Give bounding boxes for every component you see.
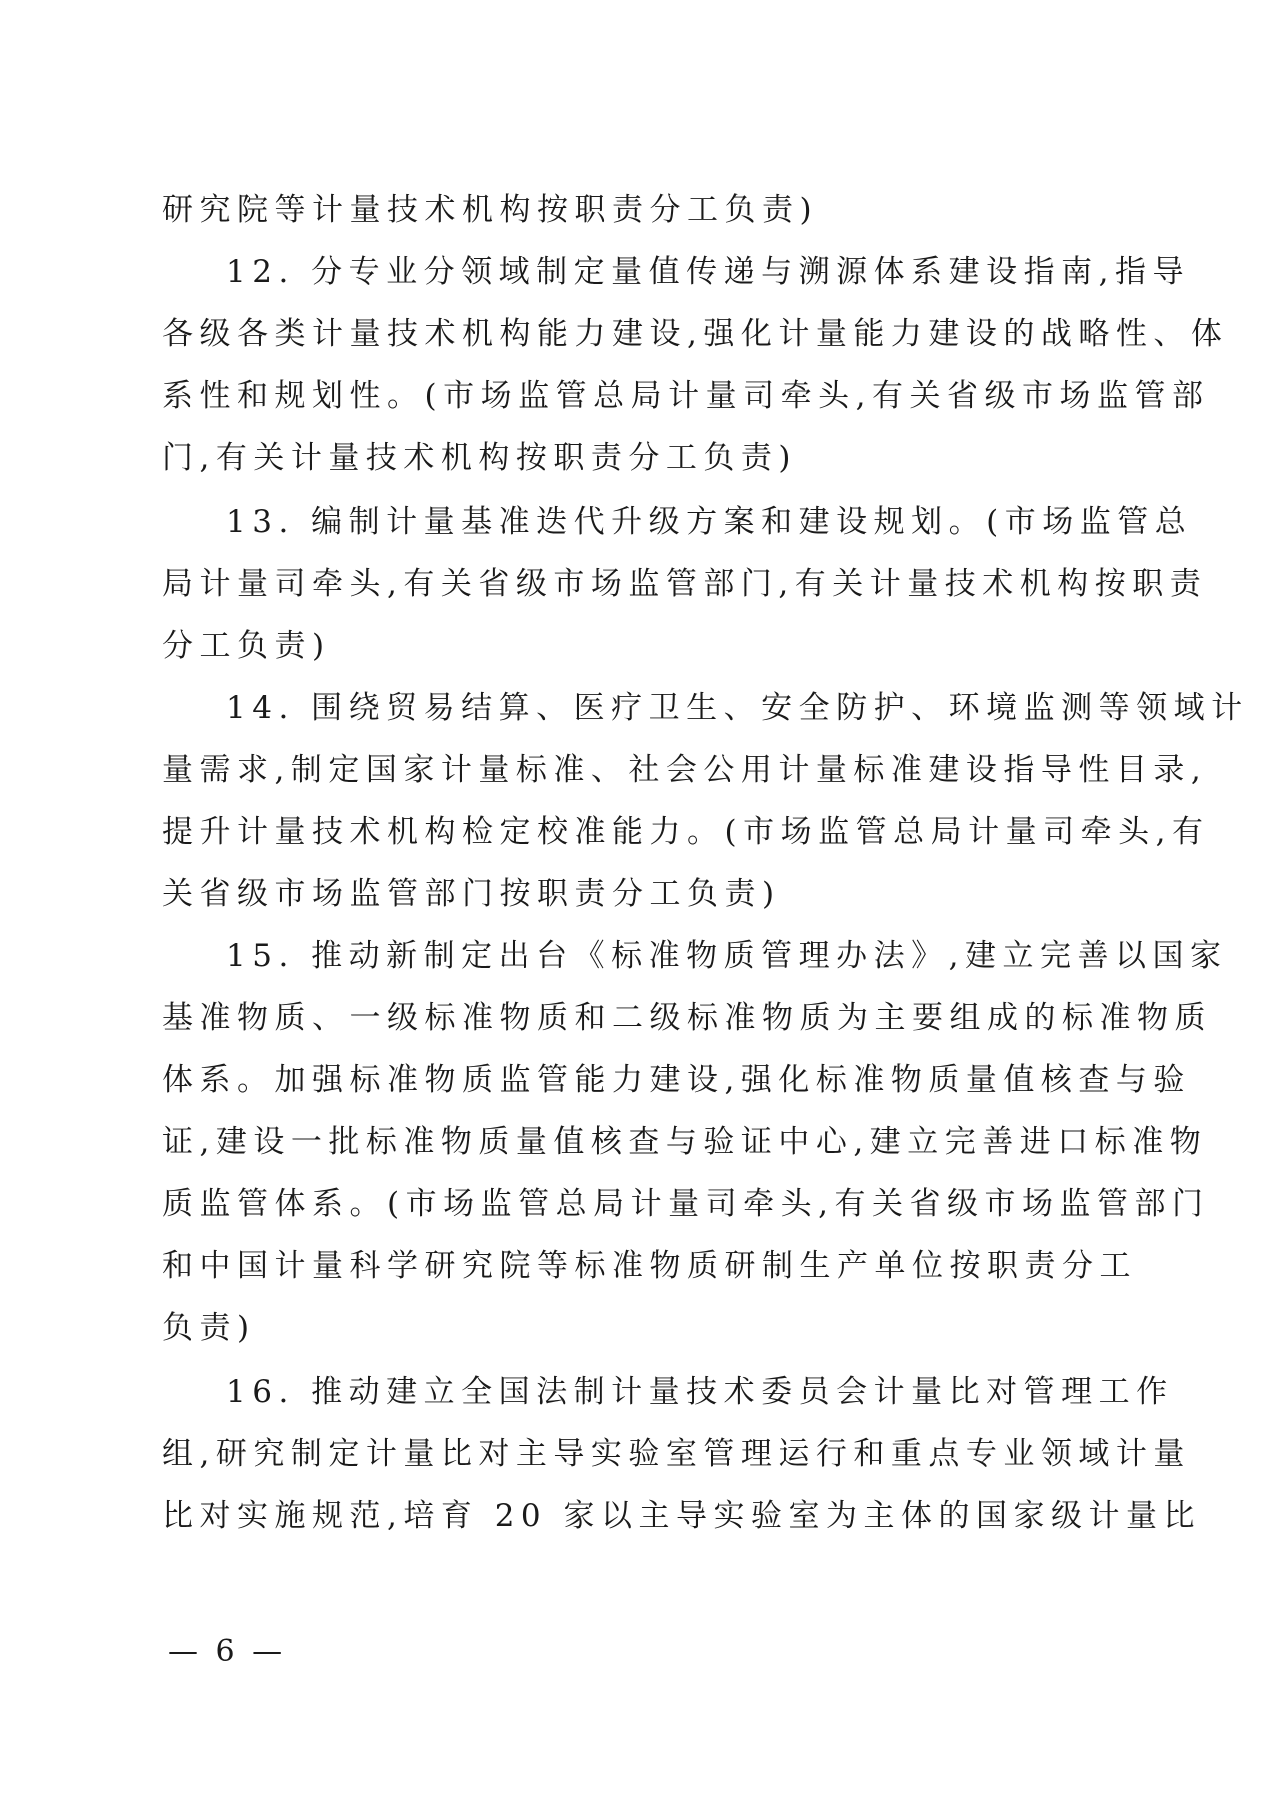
text-line: 组,研究制定计量比对主导实验室管理运行和重点专业领域计量 [162, 1426, 1124, 1482]
text-line: 提升计量技术机构检定校准能力。(市场监管总局计量司牵头,有 [162, 804, 1124, 860]
text-line: 比对实施规范,培育 20 家以主导实验室为主体的国家级计量比 [162, 1488, 1124, 1544]
item-14-heading: 14. 围绕贸易结算、医疗卫生、安全防护、环境监测等领域计 [226, 680, 1124, 736]
item-12-heading: 12. 分专业分领域制定量值传递与溯源体系建设指南,指导 [226, 244, 1124, 300]
text-line: 体系。加强标准物质监管能力建设,强化标准物质量值核查与验 [162, 1052, 1124, 1108]
text-line: 研究院等计量技术机构按职责分工负责) [162, 182, 1124, 238]
text-line: 分工负责) [162, 618, 1124, 674]
text-line: 证,建设一批标准物质量值核查与验证中心,建立完善进口标准物 [162, 1114, 1124, 1170]
text-line: 量需求,制定国家计量标准、社会公用计量标准建设指导性目录, [162, 742, 1124, 798]
text-line: 系性和规划性。(市场监管总局计量司牵头,有关省级市场监管部 [162, 368, 1124, 424]
text-line: 质监管体系。(市场监管总局计量司牵头,有关省级市场监管部门 [162, 1176, 1124, 1232]
text-line: 关省级市场监管部门按职责分工负责) [162, 866, 1124, 922]
item-16-heading: 16. 推动建立全国法制计量技术委员会计量比对管理工作 [226, 1364, 1124, 1420]
text-line: 负责) [162, 1300, 1124, 1356]
text-line: 和中国计量科学研究院等标准物质研制生产单位按职责分工 [162, 1238, 1124, 1294]
text-line: 局计量司牵头,有关省级市场监管部门,有关计量技术机构按职责 [162, 556, 1124, 612]
item-13-heading: 13. 编制计量基准迭代升级方案和建设规划。(市场监管总 [226, 494, 1124, 550]
text-line: 各级各类计量技术机构能力建设,强化计量能力建设的战略性、体 [162, 306, 1124, 362]
page-number: — 6 — [168, 1632, 286, 1672]
item-15-heading: 15. 推动新制定出台《标准物质管理办法》,建立完善以国家 [226, 928, 1124, 984]
text-line: 基准物质、一级标准物质和二级标准物质为主要组成的标准物质 [162, 990, 1124, 1046]
text-line: 门,有关计量技术机构按职责分工负责) [162, 430, 1124, 486]
